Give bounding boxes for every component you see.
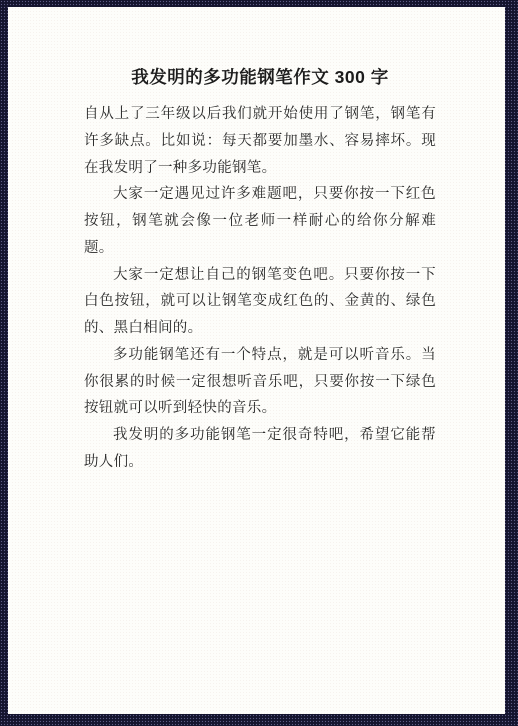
decorative-border: 我发明的多功能钢笔作文 300 字 自从上了三年级以后我们就开始使用了钢笔，钢笔… [0, 0, 518, 726]
essay-title: 我发明的多功能钢笔作文 300 字 [84, 64, 436, 90]
essay-paragraph: 多功能钢笔还有一个特点，就是可以听音乐。当你很累的时候一定很想听音乐吧，只要你按… [84, 342, 436, 422]
essay-paragraph: 大家一定遇见过许多难题吧，只要你按一下红色按钮，钢笔就会像一位老师一样耐心的给你… [84, 181, 436, 261]
essay-content: 我发明的多功能钢笔作文 300 字 自从上了三年级以后我们就开始使用了钢笔，钢笔… [84, 7, 436, 476]
essay-paragraph: 我发明的多功能钢笔一定很奇特吧，希望它能帮助人们。 [84, 422, 436, 476]
essay-paragraph: 大家一定想让自己的钢笔变色吧。只要你按一下白色按钮，就可以让钢笔变成红色的、金黄… [84, 262, 436, 342]
document-page: 我发明的多功能钢笔作文 300 字 自从上了三年级以后我们就开始使用了钢笔，钢笔… [8, 7, 505, 714]
essay-body: 自从上了三年级以后我们就开始使用了钢笔，钢笔有许多缺点。比如说：每天都要加墨水、… [84, 101, 436, 476]
essay-paragraph: 自从上了三年级以后我们就开始使用了钢笔，钢笔有许多缺点。比如说：每天都要加墨水、… [84, 101, 436, 181]
